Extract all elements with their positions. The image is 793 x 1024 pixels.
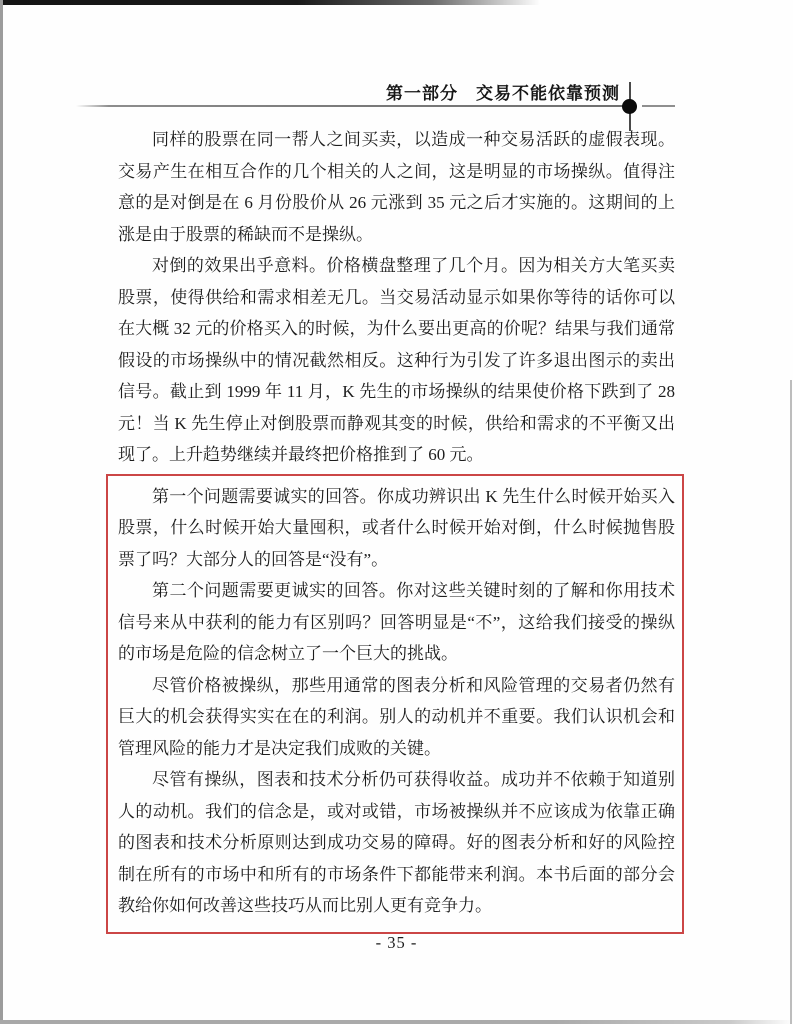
scan-artifact-top-bar	[0, 0, 540, 5]
header-rule-dash	[642, 105, 675, 107]
page-number: - 35 -	[0, 933, 793, 953]
scan-artifact-left-edge	[0, 0, 3, 1024]
body-paragraph: 第二个问题需要更诚实的回答。你对这些关键时刻的了解和你用技术信号来从中获利的能力…	[118, 575, 675, 670]
body-text-block: 同样的股票在同一帮人之间买卖，以造成一种交易活跃的虚假表现。交易产生在相互合作的…	[118, 124, 675, 934]
body-paragraph: 尽管有操纵，图表和技术分析仍可获得收益。成功并不依赖于知道别人的动机。我们的信念…	[118, 764, 675, 922]
body-paragraph: 同样的股票在同一帮人之间买卖，以造成一种交易活跃的虚假表现。交易产生在相互合作的…	[118, 124, 675, 250]
red-annotation-box: 第一个问题需要诚实的回答。你成功辨识出 K 先生什么时候开始买入股票，什么时候开…	[106, 474, 684, 934]
header-rule-line	[76, 105, 625, 107]
running-head-title: 第一部分 交易不能依靠预测	[386, 79, 620, 104]
body-paragraph: 第一个问题需要诚实的回答。你成功辨识出 K 先生什么时候开始买入股票，什么时候开…	[118, 481, 675, 576]
section-marker-dot-icon	[622, 99, 637, 114]
scan-artifact-right-edge	[790, 380, 792, 1024]
body-paragraph: 对倒的效果出乎意料。价格横盘整理了几个月。因为相关方大笔买卖股票，使得供给和需求…	[118, 250, 675, 471]
body-paragraph: 尽管价格被操纵，那些用通常的图表分析和风险管理的交易者仍然有巨大的机会获得实实在…	[118, 670, 675, 765]
scanned-book-page: 第一部分 交易不能依靠预测 同样的股票在同一帮人之间买卖，以造成一种交易活跃的虚…	[0, 0, 793, 1024]
scan-artifact-bottom-edge	[0, 1020, 793, 1024]
